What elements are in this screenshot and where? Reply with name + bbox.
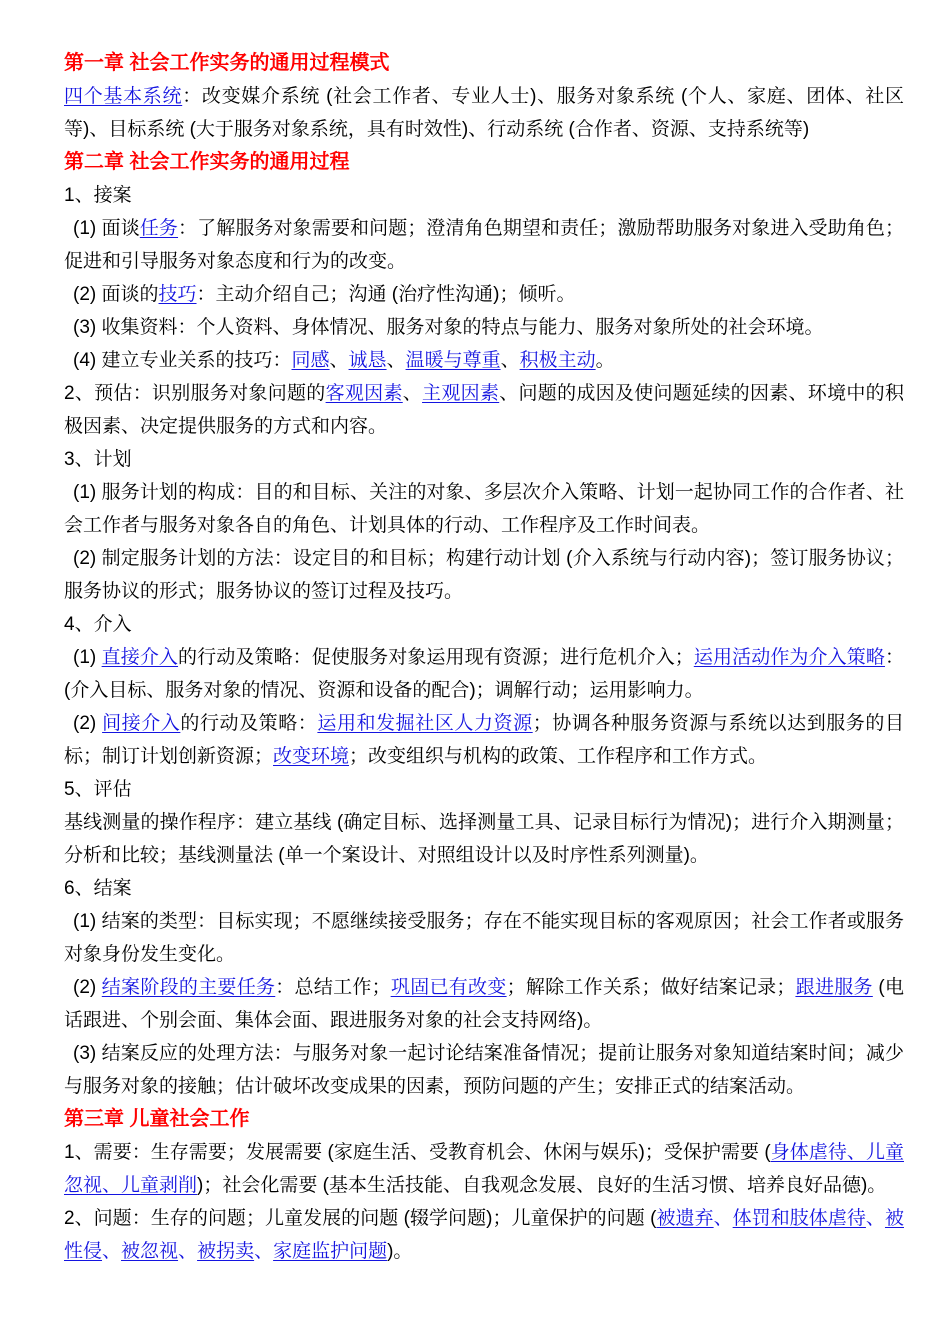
text-segment: ：主动介绍自己；沟通 (治疗性沟通)；倾听。 xyxy=(197,284,576,305)
text-segment: 基线测量的操作程序：建立基线 (确定目标、选择测量工具、记录目标行为情况)；进行… xyxy=(64,812,904,866)
text-segment: 2、预估：识别服务对象问题的 xyxy=(64,383,326,404)
text-segment: 2、问题：生存的问题；儿童发展的问题 (辍学问题)；儿童保护的问题 ( xyxy=(64,1208,656,1229)
text-segment: (2) xyxy=(73,713,102,734)
text-segment: )。 xyxy=(387,1241,412,1262)
text-segment: (1) 面谈 xyxy=(73,218,140,239)
text-segment: 6、结案 xyxy=(64,878,132,899)
paragraph: (2) 制定服务计划的方法：设定目的和目标；构建行动计划 (介入系统与行动内容)… xyxy=(64,542,904,608)
text-segment: 第二章 社会工作实务的通用过程 xyxy=(64,151,350,173)
paragraph: (1) 直接介入的行动及策略：促使服务对象运用现有资源；进行危机介入；运用活动作… xyxy=(64,641,904,707)
paragraph: 1、接案 xyxy=(64,179,904,212)
text-segment: 1、需要：生存需要；发展需要 (家庭生活、受教育机会、休闲与娱乐)；受保护需要 … xyxy=(64,1142,771,1163)
text-segment: 的行动及策略： xyxy=(180,713,317,734)
text-segment: (1) 服务计划的构成：目的和目标、关注的对象、多层次介入策略、计划一起协同工作… xyxy=(64,482,904,536)
text-segment: 、 xyxy=(501,350,520,371)
text-segment: 第一章 社会工作实务的通用过程模式 xyxy=(64,52,390,74)
text-segment: ：总结工作； xyxy=(275,977,390,998)
text-segment: (2) xyxy=(73,977,102,998)
hyperlink[interactable]: 巩固已有改变 xyxy=(391,977,507,998)
hyperlink[interactable]: 间接介入 xyxy=(102,713,180,734)
paragraph: 5、评估 xyxy=(64,773,904,806)
hyperlink[interactable]: 体罚和肢体虐待 xyxy=(733,1208,866,1229)
text-segment: (1) xyxy=(73,647,102,668)
text-segment: 5、评估 xyxy=(64,779,132,800)
hyperlink[interactable]: 被遗弃 xyxy=(656,1208,713,1229)
paragraph: 2、预估：识别服务对象问题的客观因素、主观因素、问题的成因及使问题延续的因素、环… xyxy=(64,377,904,443)
chapter-heading: 第三章 儿童社会工作 xyxy=(64,1103,904,1136)
paragraph: 6、结案 xyxy=(64,872,904,905)
paragraph: 4、介入 xyxy=(64,608,904,641)
text-segment: (3) 结案反应的处理方法：与服务对象一起讨论结案准备情况；提前让服务对象知道结… xyxy=(64,1043,904,1097)
text-segment: 、 xyxy=(254,1241,273,1262)
text-segment: 、 xyxy=(178,1241,197,1262)
paragraph: (1) 服务计划的构成：目的和目标、关注的对象、多层次介入策略、计划一起协同工作… xyxy=(64,476,904,542)
paragraph: (1) 结案的类型：目标实现；不愿继续接受服务；存在不能实现目标的客观原因；社会… xyxy=(64,905,904,971)
paragraph: 基线测量的操作程序：建立基线 (确定目标、选择测量工具、记录目标行为情况)；进行… xyxy=(64,806,904,872)
text-segment: 的行动及策略：促使服务对象运用现有资源；进行危机介入； xyxy=(178,647,694,668)
paragraph: (2) 间接介入的行动及策略：运用和发掘社区人力资源；协调各种服务资源与系统以达… xyxy=(64,707,904,773)
text-segment: 、 xyxy=(866,1208,885,1229)
paragraph: (2) 结案阶段的主要任务：总结工作；巩固已有改变；解除工作关系；做好结案记录；… xyxy=(64,971,904,1037)
hyperlink[interactable]: 改变环境 xyxy=(273,746,349,767)
text-segment: 、 xyxy=(387,350,406,371)
paragraph: (2) 面谈的技巧：主动介绍自己；沟通 (治疗性沟通)；倾听。 xyxy=(64,278,904,311)
paragraph: 1、需要：生存需要；发展需要 (家庭生活、受教育机会、休闲与娱乐)；受保护需要 … xyxy=(64,1136,904,1202)
paragraph: 四个基本系统：改变媒介系统 (社会工作者、专业人士)、服务对象系统 (个人、家庭… xyxy=(64,80,904,146)
text-segment: ：改变媒介系统 (社会工作者、专业人士)、服务对象系统 (个人、家庭、团体、社区… xyxy=(64,86,904,140)
text-segment: (4) 建立专业关系的技巧： xyxy=(73,350,292,371)
hyperlink[interactable]: 运用和发掘社区人力资源 xyxy=(317,713,532,734)
hyperlink[interactable]: 直接介入 xyxy=(102,647,178,668)
hyperlink[interactable]: 运用活动作为介入策略 xyxy=(694,647,885,668)
text-segment: 第三章 儿童社会工作 xyxy=(64,1108,250,1130)
paragraph: (3) 收集资料：个人资料、身体情况、服务对象的特点与能力、服务对象所处的社会环… xyxy=(64,311,904,344)
text-segment: ；改变组织与机构的政策、工作程序和工作方式。 xyxy=(349,746,767,767)
hyperlink[interactable]: 主观因素 xyxy=(422,383,499,404)
hyperlink[interactable]: 同感 xyxy=(292,350,330,371)
hyperlink[interactable]: 四个基本系统 xyxy=(64,86,182,107)
paragraph: (3) 结案反应的处理方法：与服务对象一起讨论结案准备情况；提前让服务对象知道结… xyxy=(64,1037,904,1103)
text-segment: 、 xyxy=(714,1208,733,1229)
chapter-heading: 第二章 社会工作实务的通用过程 xyxy=(64,146,904,179)
document-body: 第一章 社会工作实务的通用过程模式四个基本系统：改变媒介系统 (社会工作者、专业… xyxy=(64,47,904,1268)
paragraph: (1) 面谈任务：了解服务对象需要和问题；澄清角色期望和责任；激励帮助服务对象进… xyxy=(64,212,904,278)
hyperlink[interactable]: 技巧 xyxy=(159,284,197,305)
text-segment: 、 xyxy=(330,350,349,371)
hyperlink[interactable]: 结案阶段的主要任务 xyxy=(102,977,275,998)
hyperlink[interactable]: 积极主动 xyxy=(520,350,596,371)
hyperlink[interactable]: 诚恳 xyxy=(349,350,387,371)
hyperlink[interactable]: 客观因素 xyxy=(326,383,403,404)
text-segment: 3、计划 xyxy=(64,449,132,470)
paragraph: 3、计划 xyxy=(64,443,904,476)
hyperlink[interactable]: 被拐卖 xyxy=(197,1241,254,1262)
hyperlink[interactable]: 家庭监护问题 xyxy=(273,1241,387,1262)
chapter-heading: 第一章 社会工作实务的通用过程模式 xyxy=(64,47,904,80)
text-segment: 、 xyxy=(102,1241,121,1262)
paragraph: (4) 建立专业关系的技巧：同感、诚恳、温暖与尊重、积极主动。 xyxy=(64,344,904,377)
text-segment: ：了解服务对象需要和问题；澄清角色期望和责任；激励帮助服务对象进入受助角色；促进… xyxy=(64,218,904,272)
text-segment: )；社会化需要 (基本生活技能、自我观念发展、良好的生活习惯、培养良好品德)。 xyxy=(197,1175,886,1196)
hyperlink[interactable]: 被忽视 xyxy=(121,1241,178,1262)
text-segment: 1、接案 xyxy=(64,185,132,206)
text-segment: (1) 结案的类型：目标实现；不愿继续接受服务；存在不能实现目标的客观原因；社会… xyxy=(64,911,904,965)
paragraph: 2、问题：生存的问题；儿童发展的问题 (辍学问题)；儿童保护的问题 (被遗弃、体… xyxy=(64,1202,904,1268)
hyperlink[interactable]: 任务 xyxy=(140,218,178,239)
text-segment: (2) 面谈的 xyxy=(73,284,159,305)
text-segment: 。 xyxy=(596,350,615,371)
hyperlink[interactable]: 跟进服务 xyxy=(795,977,872,998)
text-segment: (3) 收集资料：个人资料、身体情况、服务对象的特点与能力、服务对象所处的社会环… xyxy=(73,317,824,338)
text-segment: ；解除工作关系；做好结案记录； xyxy=(507,977,796,998)
text-segment: (2) 制定服务计划的方法：设定目的和目标；构建行动计划 (介入系统与行动内容)… xyxy=(64,548,904,602)
hyperlink[interactable]: 温暖与尊重 xyxy=(406,350,501,371)
document-page: 第一章 社会工作实务的通用过程模式四个基本系统：改变媒介系统 (社会工作者、专业… xyxy=(0,0,950,1268)
text-segment: 4、介入 xyxy=(64,614,132,635)
text-segment: 、 xyxy=(403,383,422,404)
